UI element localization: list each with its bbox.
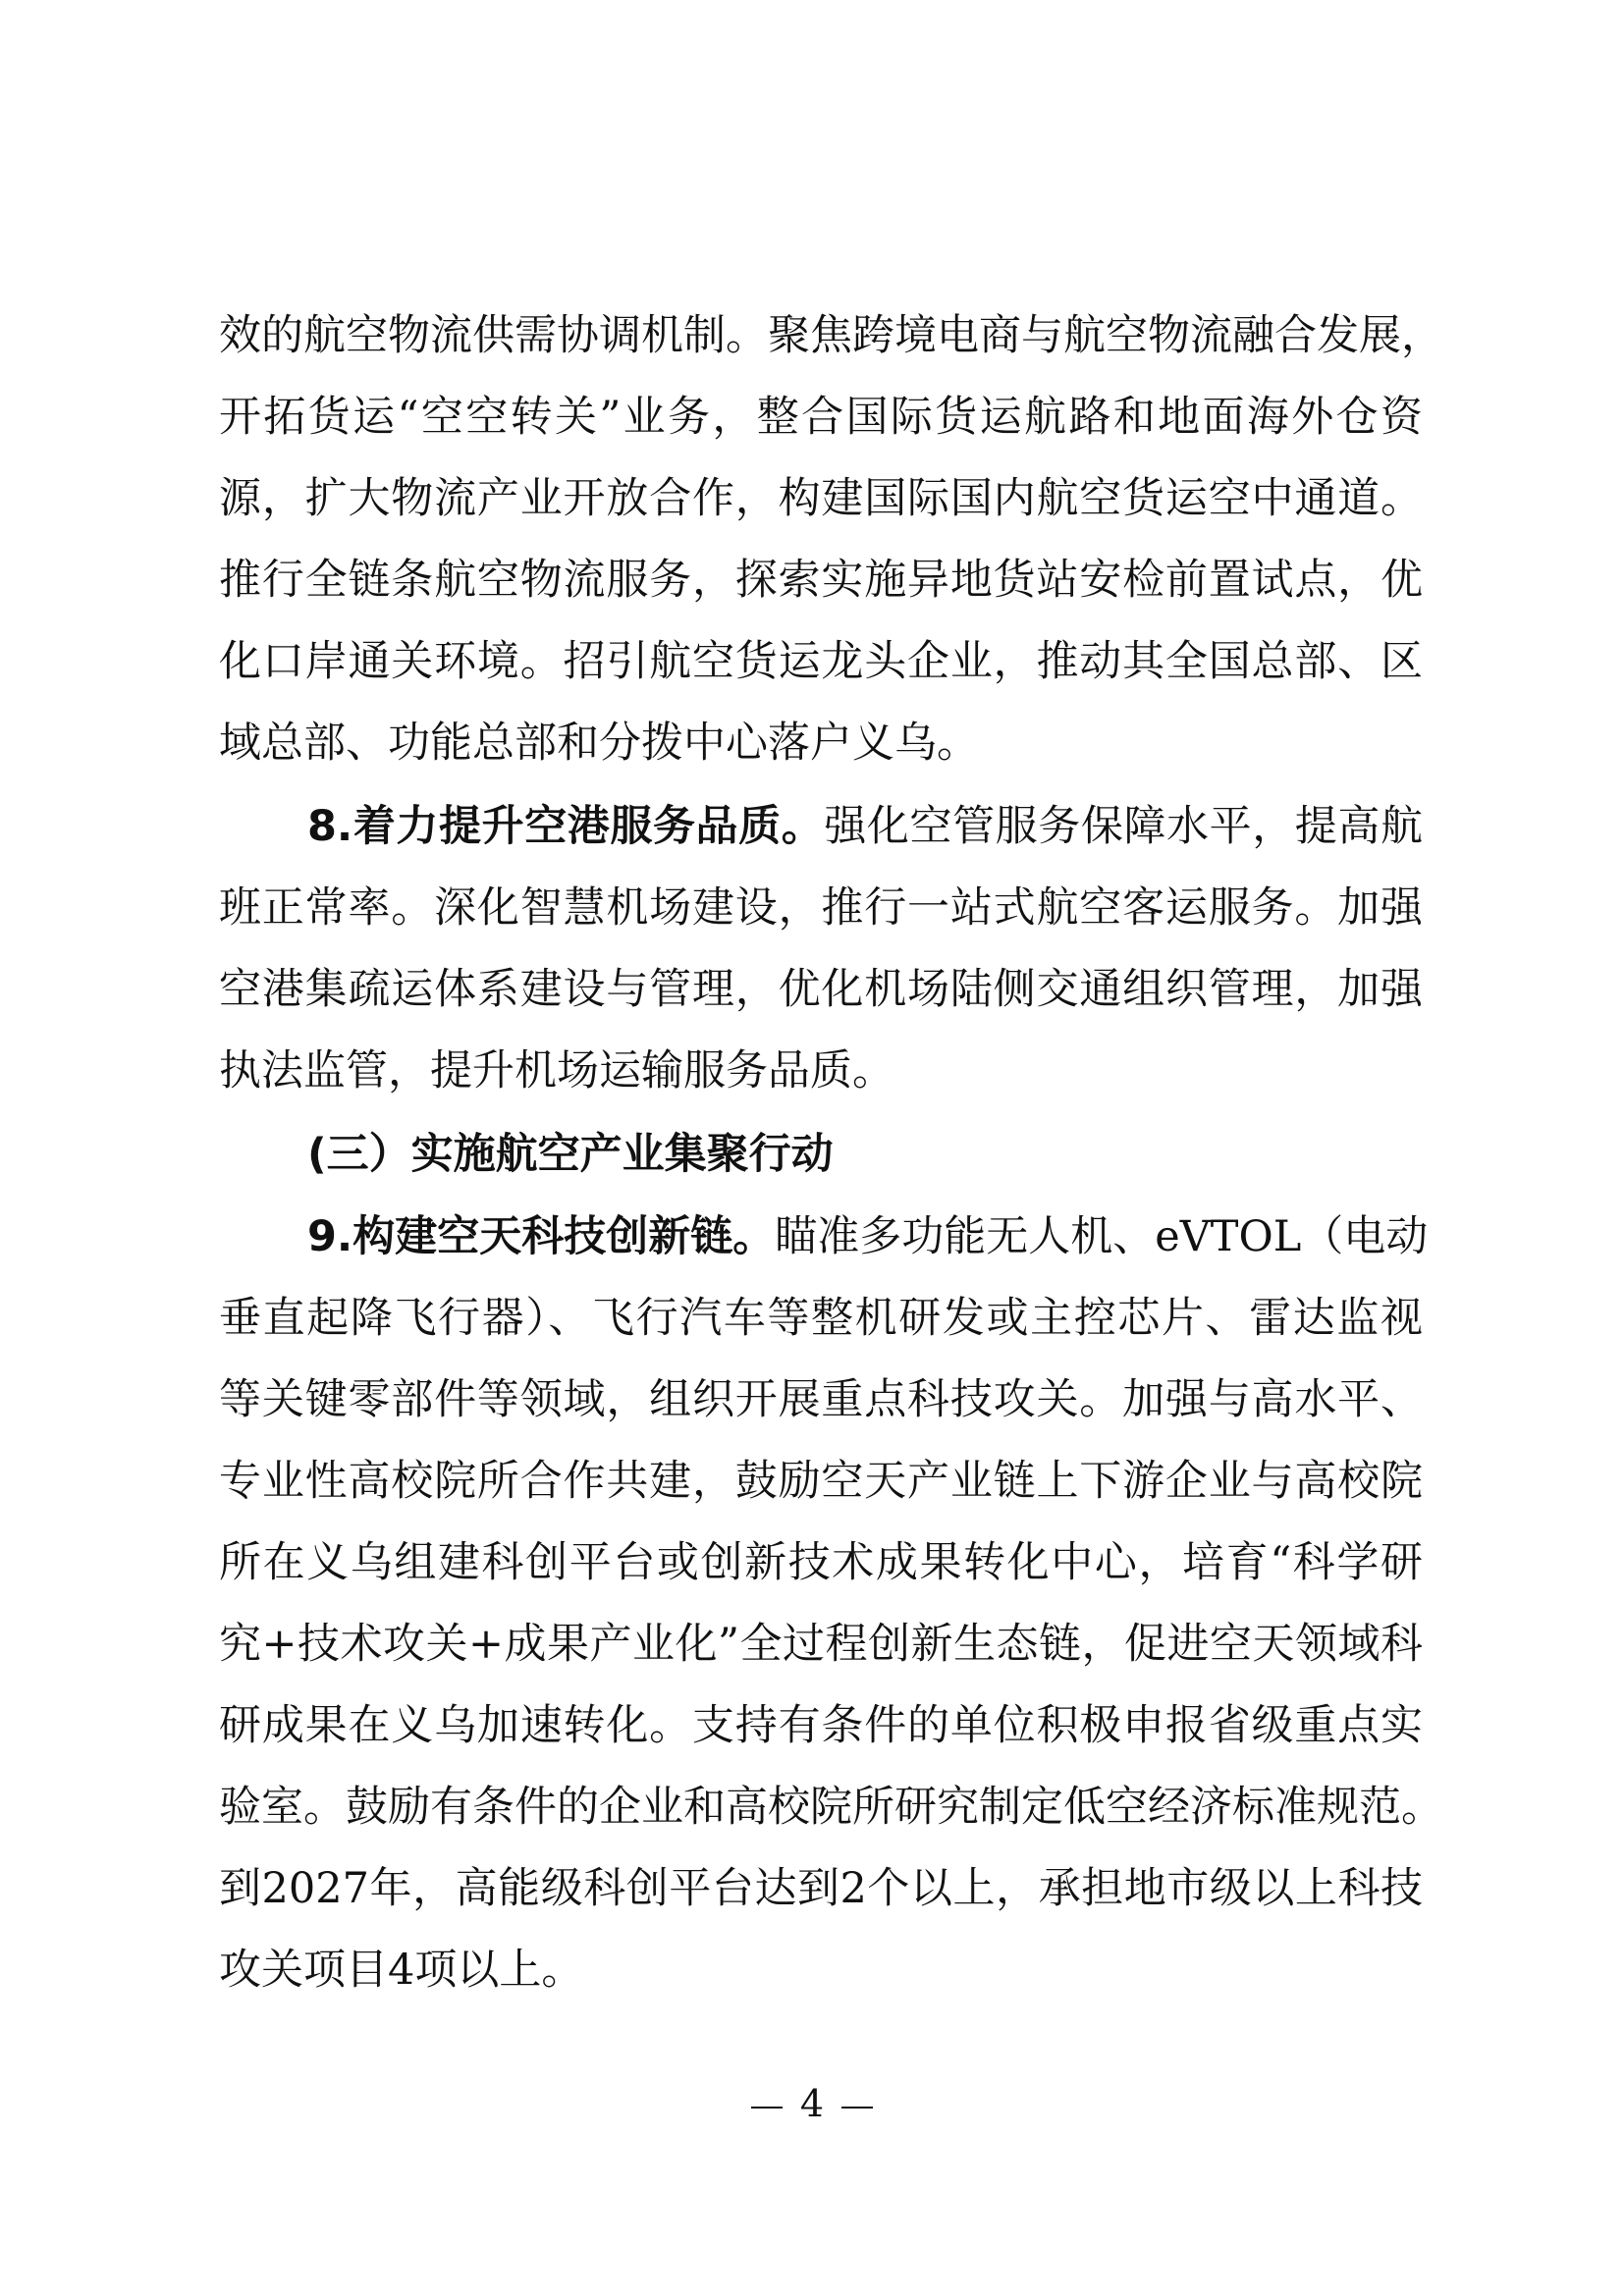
text-line: 化口岸通关环境。招引航空货运龙头企业，推动其全国总部、区 [219,632,1423,691]
text-line: 班正常率。深化智慧机场建设，推行一站式航空客运服务。加强 [219,879,1423,937]
text-line: 专业性高校院所合作共建，鼓励空天产业链上下游企业与高校院 [219,1452,1423,1511]
text-line: 效的航空物流供需协调机制。聚焦跨境电商与航空物流融合发展， [219,306,1423,365]
text-line: 空港集疏运体系建设与管理，优化机场陆侧交通组织管理，加强 [219,960,1423,1019]
text-line: 垂直起降飞行器）、飞行汽车等整机研发或主控芯片、雷达监视 [219,1289,1423,1348]
text-line: 到2027年，高能级科创平台达到2个以上，承担地市级以上科技 [219,1859,1423,1918]
paragraph-lead-title: 9.构建空天科技创新链。 [307,1212,775,1261]
text-line: 究+技术攻关+成果产业化”全过程创新生态链，促进空天领域科 [219,1615,1423,1674]
text-line: 攻关项目4项以上。 [219,1941,1423,2000]
text-line: 开拓货运“空空转关”业务，整合国际货运航路和地面海外仓资 [219,388,1423,447]
section-heading: (三）实施航空产业集聚行动 [307,1125,834,1184]
text-line: 等关键零部件等领域，组织开展重点科技攻关。加强与高水平、 [219,1370,1423,1429]
text-line: 研成果在义乌加速转化。支持有条件的单位积极申报省级重点实 [219,1696,1423,1755]
document-page: 效的航空物流供需协调机制。聚焦跨境电商与航空物流融合发展， 开拓货运“空空转关”… [0,0,1624,2296]
paragraph-lead-title: 8.着力提升空港服务品质。 [307,802,824,851]
dash-left [751,2107,783,2109]
page-number: 4 [714,2079,910,2128]
text-line: 执法监管，提升机场运输服务品质。 [219,1041,1423,1100]
page-number-value: 4 [800,2082,824,2125]
dash-right [841,2107,873,2109]
paragraph-text: 瞄准多功能无人机、eVTOL（电动 [775,1212,1428,1261]
paragraph-text: 强化空管服务保障水平，提高航 [824,802,1423,851]
text-line: 推行全链条航空物流服务，探索实施异地货站安检前置试点，优 [219,551,1423,610]
text-line: 所在义乌组建科创平台或创新技术成果转化中心，培育“科学研 [219,1533,1423,1592]
paragraph-first-line: 9.构建空天科技创新链。瞄准多功能无人机、eVTOL（电动 [307,1207,1423,1266]
paragraph-first-line: 8.着力提升空港服务品质。强化空管服务保障水平，提高航 [307,797,1423,856]
text-line: 域总部、功能总部和分拨中心落户义乌。 [219,714,1423,773]
text-line: 验室。鼓励有条件的企业和高校院所研究制定低空经济标准规范。 [219,1778,1423,1837]
text-line: 源，扩大物流产业开放合作，构建国际国内航空货运空中通道。 [219,469,1423,528]
